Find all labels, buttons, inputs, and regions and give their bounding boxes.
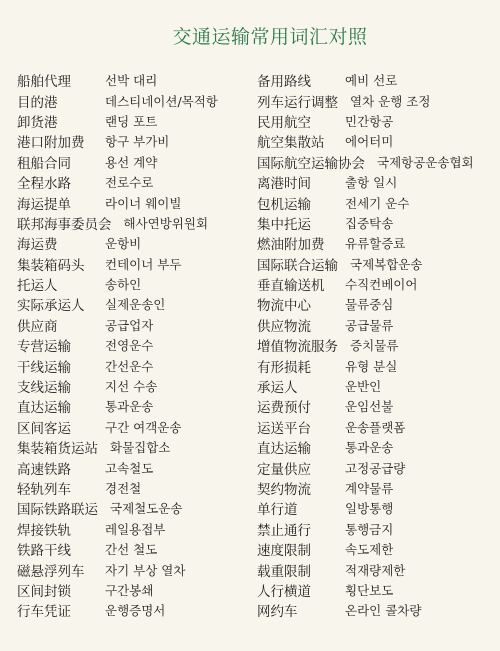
vocabulary-row: 契约物流계약물류 (257, 478, 500, 498)
vocabulary-row: 有形损耗유형 분실 (257, 355, 500, 375)
korean-term: 수직컨베이어 (345, 275, 417, 293)
chinese-term: 包机运输 (257, 193, 345, 213)
vocabulary-row: 增值物流服务증치물류 (257, 335, 500, 355)
chinese-term: 单行道 (257, 498, 345, 518)
korean-term: 간선운수 (105, 357, 153, 375)
vocabulary-row: 区间封锁구간봉쇄 (17, 580, 252, 600)
korean-term: 운송플랫폼 (345, 418, 405, 436)
chinese-term: 目的港 (17, 91, 105, 111)
korean-term: 운항비 (105, 234, 141, 252)
vocabulary-row: 包机运输전세기 운수 (257, 192, 500, 212)
chinese-term: 集装箱码头 (17, 254, 105, 274)
chinese-term: 轻轨列车 (17, 478, 105, 498)
chinese-term: 区间封锁 (17, 580, 105, 600)
chinese-term: 运费预付 (257, 396, 345, 416)
vocabulary-row: 海运提单라이너 웨이빌 (17, 192, 252, 212)
chinese-term: 供应物流 (257, 315, 345, 335)
vocabulary-row: 载重限制적재량제한 (257, 559, 500, 579)
korean-term: 국제복합운송 (350, 255, 422, 273)
chinese-term: 实际承运人 (17, 294, 105, 314)
korean-term: 속도제한 (345, 540, 393, 558)
vocabulary-row: 网约车온라인 콜차량 (257, 600, 500, 620)
vocabulary-row: 直达运输통과운송 (17, 396, 252, 416)
chinese-term: 列车运行调整 (257, 91, 350, 111)
vocabulary-row: 行车凭证운행증명서 (17, 600, 252, 620)
korean-term: 증치물류 (350, 336, 398, 354)
chinese-term: 支线运输 (17, 376, 105, 396)
korean-term: 통과운송 (105, 397, 153, 415)
vocabulary-row: 全程水路전로수로 (17, 172, 252, 192)
chinese-term: 禁止通行 (257, 519, 345, 539)
chinese-term: 直达运输 (17, 396, 105, 416)
vocabulary-row: 海运费운항비 (17, 233, 252, 253)
chinese-term: 国际航空运输协会 (257, 152, 377, 172)
vocabulary-row: 速度限制속도제한 (257, 539, 500, 559)
right-vocabulary-column: 备用路线예비 선로列车运行调整열차 운행 조정民用航空민간항공航空集散站에어터미… (257, 70, 500, 621)
vocabulary-row: 船舶代理선박 대리 (17, 70, 252, 90)
vocabulary-row: 焊接铁轨레일용접부 (17, 519, 252, 539)
vocabulary-row: 承运人운반인 (257, 376, 500, 396)
korean-term: 유형 분실 (345, 357, 397, 375)
korean-term: 예비 선로 (345, 71, 397, 89)
chinese-term: 离港时间 (257, 172, 345, 192)
vocabulary-row: 燃油附加费유류할증료 (257, 233, 500, 253)
korean-term: 송하인 (105, 275, 141, 293)
chinese-term: 有形损耗 (257, 356, 345, 376)
chinese-term: 专营运输 (17, 335, 105, 355)
chinese-term: 航空集散站 (257, 131, 345, 151)
chinese-term: 联邦海事委员会 (17, 213, 124, 233)
vocabulary-row: 列车运行调整열차 운행 조정 (257, 90, 500, 110)
vocabulary-row: 轻轨列车경전철 (17, 478, 252, 498)
vocabulary-row: 铁路干线간선 철도 (17, 539, 252, 559)
chinese-term: 契约物流 (257, 478, 345, 498)
korean-term: 전세기 운수 (345, 194, 409, 212)
korean-term: 공급업자 (105, 316, 153, 334)
korean-term: 데스티네이션/목적항 (105, 92, 218, 110)
korean-term: 물류중심 (345, 295, 393, 313)
korean-term: 통과운송 (345, 438, 393, 456)
chinese-term: 租船合同 (17, 152, 105, 172)
chinese-term: 国际联合运输 (257, 254, 350, 274)
korean-term: 컨테이너 부두 (105, 255, 181, 273)
chinese-term: 承运人 (257, 376, 345, 396)
chinese-term: 垂直输送机 (257, 274, 345, 294)
chinese-term: 海运费 (17, 233, 105, 253)
chinese-term: 焊接铁轨 (17, 519, 105, 539)
vocabulary-row: 目的港데스티네이션/목적항 (17, 90, 252, 110)
chinese-term: 铁路干线 (17, 539, 105, 559)
vocabulary-row: 运送平台운송플랫폼 (257, 417, 500, 437)
korean-term: 경전철 (105, 479, 141, 497)
korean-term: 자기 부상 열차 (105, 561, 185, 579)
chinese-term: 运送平台 (257, 417, 345, 437)
korean-term: 운행증명서 (105, 601, 165, 619)
vocabulary-row: 禁止通行통행금지 (257, 519, 500, 539)
korean-term: 통행금지 (345, 520, 393, 538)
chinese-term: 全程水路 (17, 172, 105, 192)
vocabulary-row: 离港时间출항 일시 (257, 172, 500, 192)
vocabulary-row: 单行道일방통행 (257, 498, 500, 518)
chinese-term: 定量供应 (257, 458, 345, 478)
vocabulary-row: 直达运输통과운송 (257, 437, 500, 457)
vocabulary-row: 备用路线예비 선로 (257, 70, 500, 90)
vocabulary-row: 联邦海事委员会해사연방위원회 (17, 213, 252, 233)
chinese-term: 磁悬浮列车 (17, 560, 105, 580)
vocabulary-row: 磁悬浮列车자기 부상 열차 (17, 559, 252, 579)
chinese-term: 港口附加费 (17, 131, 105, 151)
vocabulary-row: 托运人송하인 (17, 274, 252, 294)
korean-term: 라이너 웨이빌 (105, 194, 181, 212)
page-title: 交通运输常用词汇对照 (0, 22, 500, 49)
vocabulary-row: 民用航空민간항공 (257, 111, 500, 131)
korean-term: 열차 운행 조정 (350, 92, 430, 110)
chinese-term: 直达运输 (257, 437, 345, 457)
chinese-term: 集装箱货运站 (17, 437, 110, 457)
vocabulary-row: 租船合同용선 계약 (17, 152, 252, 172)
vocabulary-row: 集装箱货运站화물집합소 (17, 437, 252, 457)
korean-term: 화물집합소 (110, 438, 170, 456)
korean-term: 유류할증료 (345, 234, 405, 252)
chinese-term: 备用路线 (257, 70, 345, 90)
vocabulary-row: 干线运输간선운수 (17, 355, 252, 375)
korean-term: 고정공급량 (345, 459, 405, 477)
vocabulary-row: 定量供应고정공급량 (257, 457, 500, 477)
chinese-term: 增值物流服务 (257, 335, 350, 355)
korean-term: 국제항공운송협회 (377, 153, 474, 171)
vocabulary-row: 供应商공급업자 (17, 315, 252, 335)
vocabulary-row: 支线运输지선 수송 (17, 376, 252, 396)
korean-term: 전영운수 (105, 336, 153, 354)
korean-term: 공급물류 (345, 316, 393, 334)
vocabulary-row: 集装箱码头컨테이너 부두 (17, 254, 252, 274)
korean-term: 일방통행 (345, 499, 393, 517)
korean-term: 구간 여객운송 (105, 418, 181, 436)
vocabulary-row: 集中托运집중탁송 (257, 213, 500, 233)
vocabulary-row: 区间客运구간 여객운송 (17, 417, 252, 437)
korean-term: 횡단보도 (345, 581, 393, 599)
vocabulary-row: 物流中心물류중심 (257, 294, 500, 314)
chinese-term: 载重限制 (257, 560, 345, 580)
chinese-term: 供应商 (17, 315, 105, 335)
korean-term: 레일용접부 (105, 520, 165, 538)
korean-term: 간선 철도 (105, 540, 157, 558)
vocabulary-row: 垂直输送机수직컨베이어 (257, 274, 500, 294)
vocabulary-row: 人行横道횡단보도 (257, 580, 500, 600)
chinese-term: 干线运输 (17, 356, 105, 376)
chinese-term: 海运提单 (17, 193, 105, 213)
korean-term: 운임선불 (345, 397, 393, 415)
chinese-term: 卸货港 (17, 111, 105, 131)
korean-term: 적재량제한 (345, 561, 405, 579)
vocabulary-row: 国际航空运输协会국제항공운송협회 (257, 152, 500, 172)
korean-term: 용선 계약 (105, 153, 157, 171)
chinese-term: 托运人 (17, 274, 105, 294)
vocabulary-row: 国际联合运输국제복합운송 (257, 254, 500, 274)
korean-term: 출항 일시 (345, 173, 397, 191)
chinese-term: 国际铁路联运 (17, 498, 110, 518)
korean-term: 국제철도운송 (110, 499, 182, 517)
vocabulary-row: 卸货港랜딩 포트 (17, 111, 252, 131)
chinese-term: 网约车 (257, 600, 345, 620)
chinese-term: 集中托运 (257, 213, 345, 233)
chinese-term: 区间客运 (17, 417, 105, 437)
chinese-term: 燃油附加费 (257, 233, 345, 253)
vocabulary-row: 供应物流공급물류 (257, 315, 500, 335)
chinese-term: 速度限制 (257, 539, 345, 559)
korean-term: 항구 부가비 (105, 132, 169, 150)
vocabulary-row: 港口附加费항구 부가비 (17, 131, 252, 151)
vocabulary-row: 实际承运人실제운송인 (17, 294, 252, 314)
korean-term: 지선 수송 (105, 377, 157, 395)
korean-term: 랜딩 포트 (105, 112, 157, 130)
korean-term: 전로수로 (105, 173, 153, 191)
korean-term: 온라인 콜차량 (345, 601, 421, 619)
korean-term: 운반인 (345, 377, 381, 395)
left-vocabulary-column: 船舶代理선박 대리目的港데스티네이션/목적항卸货港랜딩 포트港口附加费항구 부가… (17, 70, 252, 621)
vocabulary-row: 专营运输전영운수 (17, 335, 252, 355)
chinese-term: 高速铁路 (17, 458, 105, 478)
korean-term: 고속철도 (105, 459, 153, 477)
korean-term: 민간항공 (345, 112, 393, 130)
korean-term: 계약물류 (345, 479, 393, 497)
chinese-term: 人行横道 (257, 580, 345, 600)
chinese-term: 行车凭证 (17, 600, 105, 620)
korean-term: 해사연방위원회 (124, 214, 209, 232)
korean-term: 구간봉쇄 (105, 581, 153, 599)
chinese-term: 物流中心 (257, 294, 345, 314)
vocabulary-row: 国际铁路联运국제철도운송 (17, 498, 252, 518)
korean-term: 집중탁송 (345, 214, 393, 232)
vocabulary-row: 航空集散站에어터미 (257, 131, 500, 151)
korean-term: 실제운송인 (105, 295, 165, 313)
chinese-term: 民用航空 (257, 111, 345, 131)
korean-term: 에어터미 (345, 132, 393, 150)
chinese-term: 船舶代理 (17, 70, 105, 90)
vocabulary-row: 运费预付운임선불 (257, 396, 500, 416)
vocabulary-row: 高速铁路고속철도 (17, 457, 252, 477)
korean-term: 선박 대리 (105, 71, 157, 89)
